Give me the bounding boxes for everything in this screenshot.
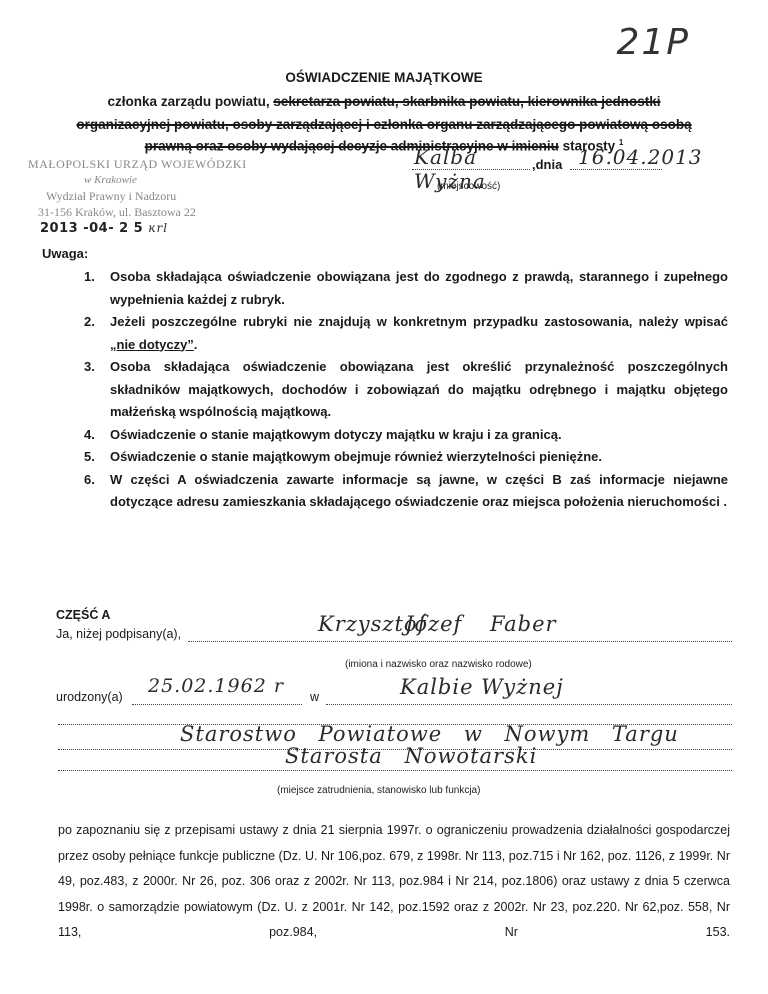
note-item: 3. Osoba składająca oświadczenie obowiąz… xyxy=(84,356,728,424)
subtitle-plain: członka zarządu powiatu, xyxy=(108,94,274,109)
nie-dotyczy-phrase: „nie dotyczy” xyxy=(110,337,194,352)
signer-surname: Faber xyxy=(490,612,557,636)
notes-heading: Uwaga: xyxy=(42,246,88,261)
dnia-label: ,dnia xyxy=(532,157,562,172)
birth-date-value: 25.02.1962 r xyxy=(148,675,284,697)
place-field[interactable]: Kalba Wyżna xyxy=(412,143,530,170)
part-a-heading: CZĘŚĆ A xyxy=(56,608,110,622)
stamp-city: w Krakowie xyxy=(28,172,247,188)
in-label: w xyxy=(310,690,319,704)
signer-second-name: Józef xyxy=(405,612,462,636)
birth-date-field[interactable] xyxy=(132,703,302,705)
born-label: urodzony(a) xyxy=(56,690,123,704)
employment-value-2: Starosta Nowotarski xyxy=(285,744,537,768)
subtitle-line-1: członka zarządu powiatu, sekretarza powi… xyxy=(0,94,768,109)
date-value: 16.04.2013 xyxy=(578,145,703,169)
legal-basis-paragraph: po zapoznaniu się z przepisami ustawy z … xyxy=(58,818,730,946)
names-caption: (imiona i nazwisko oraz nazwisko rodowe) xyxy=(345,659,532,670)
note-item: 6. W części A oświadczenia zawarte infor… xyxy=(84,469,728,514)
birth-place-field[interactable] xyxy=(326,703,732,705)
stamp-received-date: 2013 -04- 2 5 ĸrl xyxy=(28,220,247,237)
note-item: 5. Oświadczenie o stanie majątkowym obej… xyxy=(84,446,728,469)
stamp-department: Wydział Prawny i Nadzoru xyxy=(28,188,247,204)
document-title: OŚWIADCZENIE MAJĄTKOWE xyxy=(0,70,768,85)
note-item: 2. Jeżeli poszczególne rubryki nie znajd… xyxy=(84,311,728,356)
note-item: 1. Osoba składająca oświadczenie obowiąz… xyxy=(84,266,728,311)
employment-value-1: Starostwo Powiatowe w Nowym Targu xyxy=(180,722,679,746)
place-caption: (miejscowość) xyxy=(437,181,500,192)
notes-list: 1. Osoba składająca oświadczenie obowiąz… xyxy=(84,266,728,514)
stamp-address: 31-156 Kraków, ul. Basztowa 22 xyxy=(28,204,247,220)
handwritten-page-mark: 21P xyxy=(616,22,690,63)
employment-caption: (miejsce zatrudnienia, stanowisko lub fu… xyxy=(277,785,480,796)
signer-label: Ja, niżej podpisany(a), xyxy=(56,627,181,641)
receipt-stamp: MAŁOPOLSKI URZĄD WOJEWÓDZKI w Krakowie W… xyxy=(28,156,247,237)
subtitle-struck: organizacyjnej powiatu, osoby zarządzają… xyxy=(76,117,691,132)
employment-field-line-3[interactable] xyxy=(58,769,732,771)
subtitle-struck: sekretarza powiatu, skarbnika powiatu, k… xyxy=(273,94,660,109)
stamp-office: MAŁOPOLSKI URZĄD WOJEWÓDZKI xyxy=(28,156,247,172)
note-item: 4. Oświadczenie o stanie majątkowym doty… xyxy=(84,424,728,447)
subtitle-line-2: organizacyjnej powiatu, osoby zarządzają… xyxy=(0,117,768,132)
birth-place-value: Kalbie Wyżnej xyxy=(400,675,564,699)
stamp-initials: ĸrl xyxy=(148,221,168,235)
date-field[interactable]: 16.04.2013 xyxy=(570,143,662,170)
signer-name-field[interactable] xyxy=(188,640,732,642)
